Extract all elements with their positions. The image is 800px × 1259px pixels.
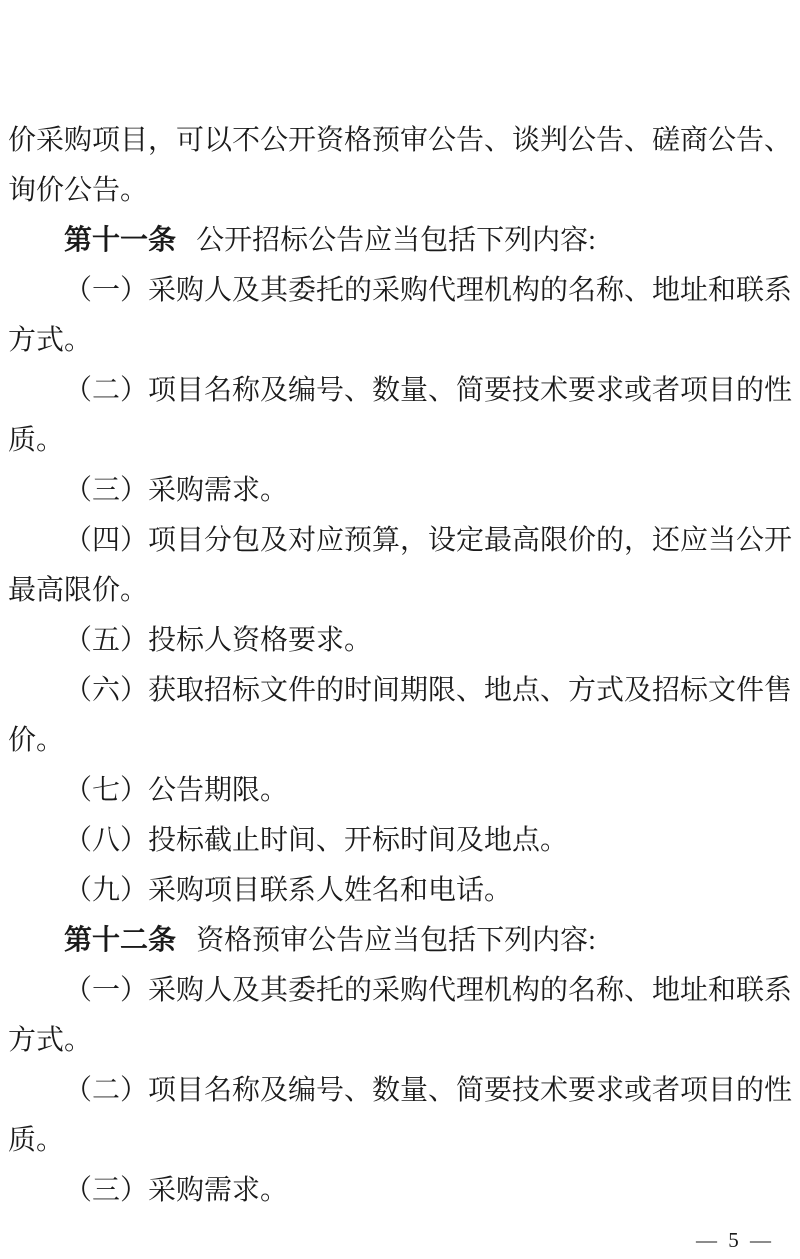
document-page: 价采购项目，可以不公开资格预审公告、谈判公告、磋商公告、询价公告。第十一条公开招… (0, 0, 800, 1259)
text-line: （二）项目名称及编号、数量、简要技术要求或者项目的性 (8, 1066, 792, 1116)
text-line: 方式。 (8, 1016, 792, 1066)
text-line: （九）采购项目联系人姓名和电话。 (8, 866, 792, 916)
line-text: 方式。 (8, 1025, 92, 1056)
text-line: 价。 (8, 716, 792, 766)
text-line: （一）采购人及其委托的采购代理机构的名称、地址和联系 (8, 266, 792, 316)
text-line: （五）投标人资格要求。 (8, 616, 792, 666)
text-line: 价采购项目，可以不公开资格预审公告、谈判公告、磋商公告、 (8, 116, 792, 166)
line-text: （五）投标人资格要求。 (64, 625, 372, 656)
text-line: 最高限价。 (8, 566, 792, 616)
line-text: 询价公告。 (8, 175, 148, 206)
page-number: — 5 — (696, 1228, 774, 1253)
line-text: 价采购项目，可以不公开资格预审公告、谈判公告、磋商公告、 (8, 125, 792, 156)
line-text: 最高限价。 (8, 575, 148, 606)
line-text: （四）项目分包及对应预算，设定最高限价的，还应当公开 (64, 525, 792, 556)
article-heading-line: 第十一条公开招标公告应当包括下列内容: (8, 216, 792, 266)
line-text: 质。 (8, 1125, 64, 1156)
line-text: （七）公告期限。 (64, 775, 288, 806)
line-text: （六）获取招标文件的时间期限、地点、方式及招标文件售 (64, 675, 792, 706)
line-text: 质。 (8, 425, 64, 456)
text-line: （八）投标截止时间、开标时间及地点。 (8, 816, 792, 866)
text-line: （三）采购需求。 (8, 466, 792, 516)
line-text: （一）采购人及其委托的采购代理机构的名称、地址和联系 (64, 275, 792, 306)
text-line: 询价公告。 (8, 166, 792, 216)
line-text: （八）投标截止时间、开标时间及地点。 (64, 825, 568, 856)
line-text: 资格预审公告应当包括下列内容: (196, 925, 596, 956)
text-line: （一）采购人及其委托的采购代理机构的名称、地址和联系 (8, 966, 792, 1016)
line-text: 价。 (8, 725, 64, 756)
text-line: 质。 (8, 416, 792, 466)
text-line: 方式。 (8, 316, 792, 366)
text-line: 质。 (8, 1116, 792, 1166)
text-line: （四）项目分包及对应预算，设定最高限价的，还应当公开 (8, 516, 792, 566)
line-text: （二）项目名称及编号、数量、简要技术要求或者项目的性 (64, 1075, 792, 1106)
article-number: 第十一条 (64, 225, 176, 256)
line-text: （九）采购项目联系人姓名和电话。 (64, 875, 512, 906)
text-line: （七）公告期限。 (8, 766, 792, 816)
line-text: （三）采购需求。 (64, 475, 288, 506)
line-text: 公开招标公告应当包括下列内容: (196, 225, 596, 256)
line-text: （三）采购需求。 (64, 1175, 288, 1206)
line-text: （一）采购人及其委托的采购代理机构的名称、地址和联系 (64, 975, 792, 1006)
line-text: （二）项目名称及编号、数量、简要技术要求或者项目的性 (64, 375, 792, 406)
line-text: 方式。 (8, 325, 92, 356)
article-heading-line: 第十二条资格预审公告应当包括下列内容: (8, 916, 792, 966)
text-line: （三）采购需求。 (8, 1166, 792, 1216)
article-number: 第十二条 (64, 925, 176, 956)
text-line: （六）获取招标文件的时间期限、地点、方式及招标文件售 (8, 666, 792, 716)
document-body: 价采购项目，可以不公开资格预审公告、谈判公告、磋商公告、询价公告。第十一条公开招… (8, 116, 792, 1216)
text-line: （二）项目名称及编号、数量、简要技术要求或者项目的性 (8, 366, 792, 416)
